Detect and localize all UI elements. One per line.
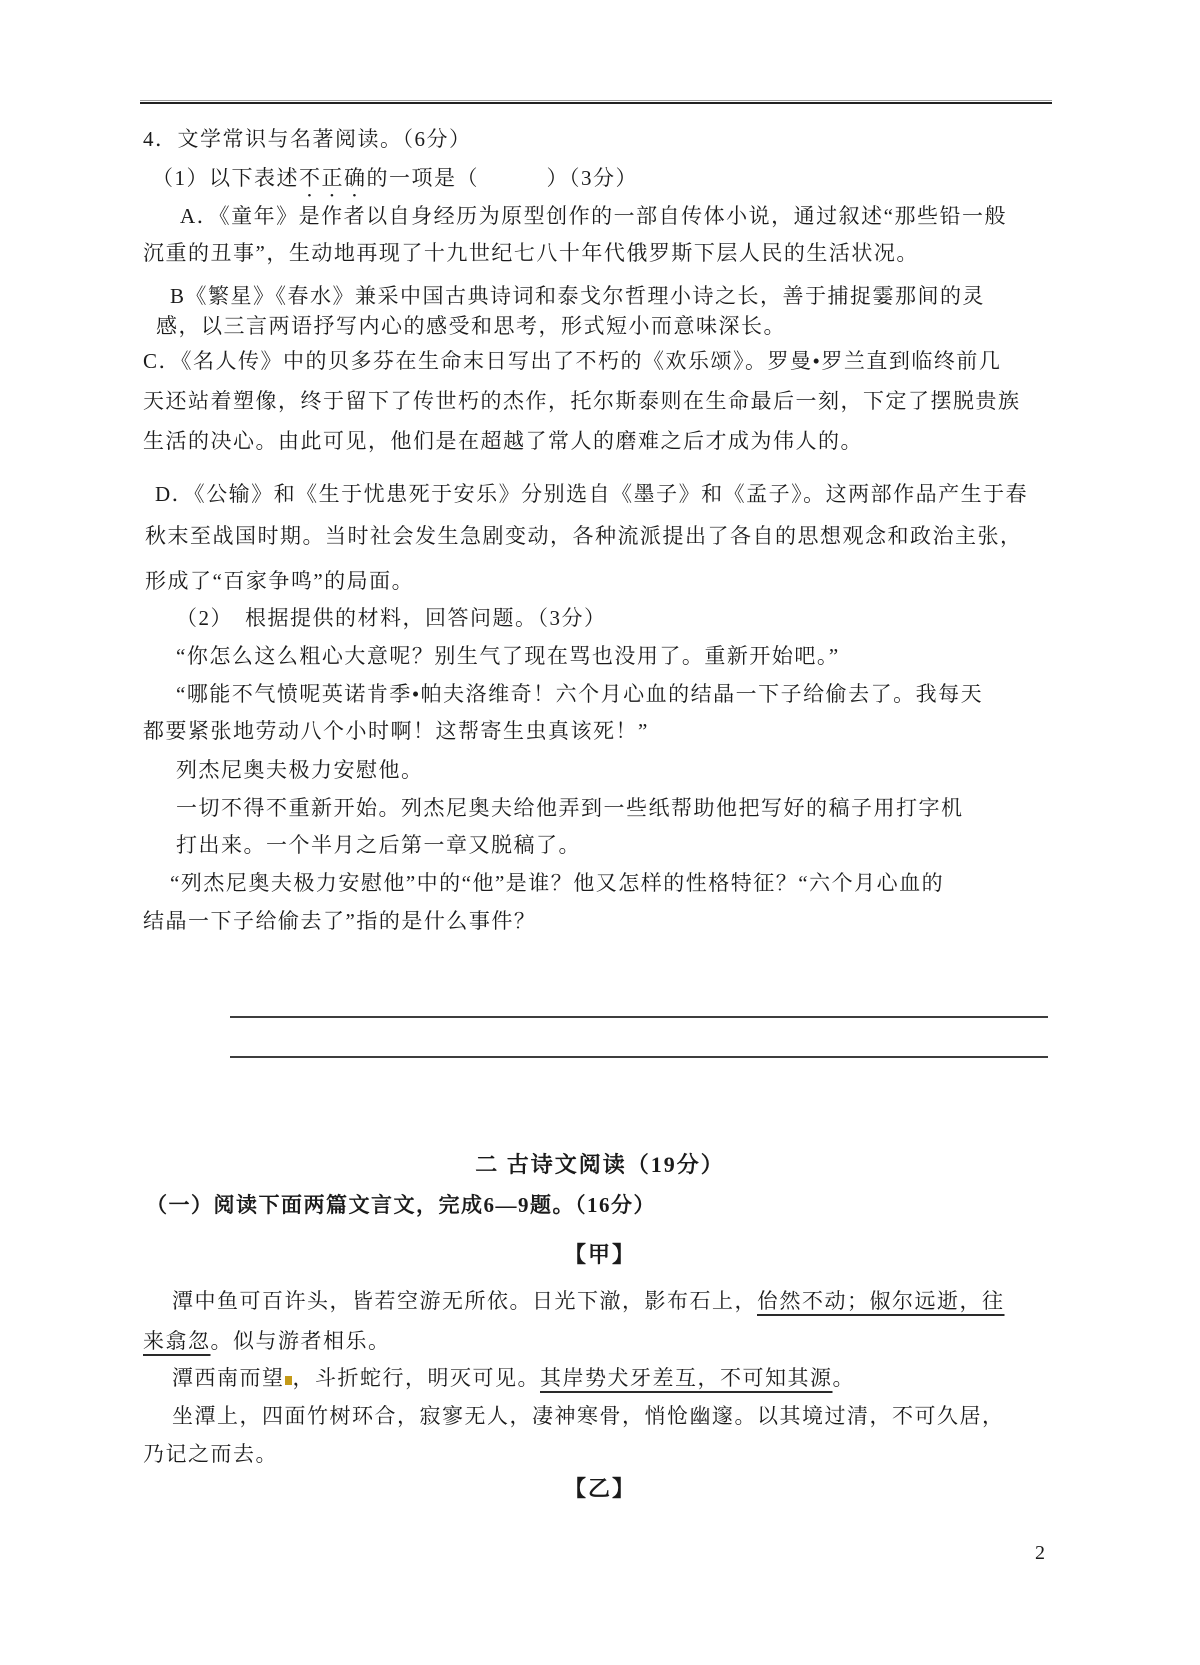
answer-line-2 — [230, 1056, 1048, 1058]
material-line-2: “哪能不气愤呢英诺肯季•帕夫洛维奇！六个月心血的结晶一下子给偷去了。我每天 — [176, 681, 983, 707]
q4-1-pre: （1）以下表述 — [152, 166, 299, 190]
option-c-line-2: 天还站着塑像，终于留下了传世朽的杰作，托尔斯泰则在生命最后一刻，下定了摆脱贵族 — [143, 388, 1021, 414]
option-b-line-2: 感，以三言两语抒写内心的感受和思考，形式短小而意味深长。 — [156, 313, 786, 339]
part-one-heading: （一）阅读下面两篇文言文，完成6—9题。（16分） — [146, 1192, 656, 1218]
jia-line1-text: 潭中鱼可百许头，皆若空游无所依。日光下澈，影布石上， — [172, 1289, 757, 1313]
jia-line-3: 潭西南而望，斗折蛇行，明灭可见。其岸势犬牙差互，不可知其源。 — [172, 1365, 855, 1391]
section-two-title: 二 古诗文阅读（19分） — [0, 1152, 1200, 1178]
question-4-2-heading: （2） 根据提供的材料，回答问题。（3分） — [176, 605, 607, 631]
exam-page: 4．文学常识与名著阅读。（6分） （1）以下表述不正确的一项是（ ）（3分） A… — [0, 0, 1200, 1665]
page-number: 2 — [1035, 1542, 1045, 1565]
jia-line2-text: 。似与游者相乐。 — [211, 1329, 391, 1353]
material-line-5: 一切不得不重新开始。列杰尼奥夫给他弄到一些纸帮助他把写好的稿子用打字机 — [176, 795, 964, 821]
question-4-heading: 4．文学常识与名著阅读。（6分） — [143, 126, 472, 152]
option-d-line-2: 秋末至战国时期。当时社会发生急剧变动，各种流派提出了各自的思想观念和政治主张， — [145, 523, 1023, 549]
jia-line1-underlined: 佁然不动；俶尔远逝，往 — [757, 1289, 1005, 1313]
jia-line3-text-a: 潭西南而望 — [172, 1366, 285, 1390]
material-line-6: 打出来。一个半月之后第一章又脱稿了。 — [176, 832, 581, 858]
yi-label: 【乙】 — [0, 1476, 1200, 1502]
answer-line-1 — [230, 1016, 1048, 1018]
jia-line2-underlined: 来翕忽 — [143, 1329, 211, 1353]
material-question-line-1: “列杰尼奥夫极力安慰他”中的“他”是谁？他又怎样的性格特征？“六个月心血的 — [170, 870, 944, 896]
q4-1-post: 的一项是（ ）（3分） — [367, 166, 639, 190]
option-a-line-2: 沉重的丑事”，生动地再现了十九世纪七八十年代俄罗斯下层人民的生活状况。 — [143, 240, 919, 266]
header-rule — [140, 100, 1052, 104]
option-b-line-1: B《繁星》《春水》兼采中国古典诗词和泰戈尔哲理小诗之长，善于捕捉霎那间的灵 — [170, 283, 985, 309]
q4-1-emphasized-text: 不正确 — [299, 166, 367, 190]
jia-line-4: 坐潭上，四面竹树环合，寂寥无人，凄神寒骨，悄怆幽邃。以其境过清，不可久居， — [172, 1403, 1005, 1429]
option-d-line-1: D．《公输》和《生于忧患死于安乐》分别选自《墨子》和《孟子》。这两部作品产生于春 — [155, 481, 1028, 507]
jia-line3-underlined: 其岸势犬牙差互，不可知其源 — [540, 1366, 833, 1390]
option-c-line-1: C．《名人传》中的贝多芬在生命末日写出了不朽的《欢乐颂》。罗曼•罗兰直到临终前几 — [143, 348, 1001, 374]
jia-label: 【甲】 — [0, 1242, 1200, 1268]
material-line-4: 列杰尼奥夫极力安慰他。 — [176, 757, 424, 783]
option-c-line-3: 生活的决心。由此可见，他们是在超越了常人的磨难之后才成为伟人的。 — [143, 428, 863, 454]
jia-line3-text-b: ，斗折蛇行，明灭可见。 — [293, 1366, 541, 1390]
jia-line3-text-c: 。 — [833, 1366, 856, 1390]
option-a-line-1: A．《童年》是作者以自身经历为原型创作的一部自传体小说，通过叙述“那些铅一般 — [180, 203, 1007, 229]
material-line-1: “你怎么这么粗心大意呢？别生气了现在骂也没用了。重新开始吧。” — [176, 643, 840, 669]
material-line-3: 都要紧张地劳动八个小时啊！这帮寄生虫真该死！” — [143, 718, 649, 744]
question-4-1-line: （1）以下表述不正确的一项是（ ）（3分） — [152, 165, 638, 202]
annotation-mark — [285, 1376, 292, 1385]
jia-line-1: 潭中鱼可百许头，皆若空游无所依。日光下澈，影布石上，佁然不动；俶尔远逝，往 — [172, 1288, 1005, 1314]
jia-line-5: 乃记之而去。 — [143, 1441, 278, 1467]
material-question-line-2: 结晶一下子给偷去了”指的是什么事件？ — [143, 908, 536, 934]
jia-line-2: 来翕忽。似与游者相乐。 — [143, 1328, 391, 1354]
option-d-line-3: 形成了“百家争鸣”的局面。 — [145, 568, 414, 594]
